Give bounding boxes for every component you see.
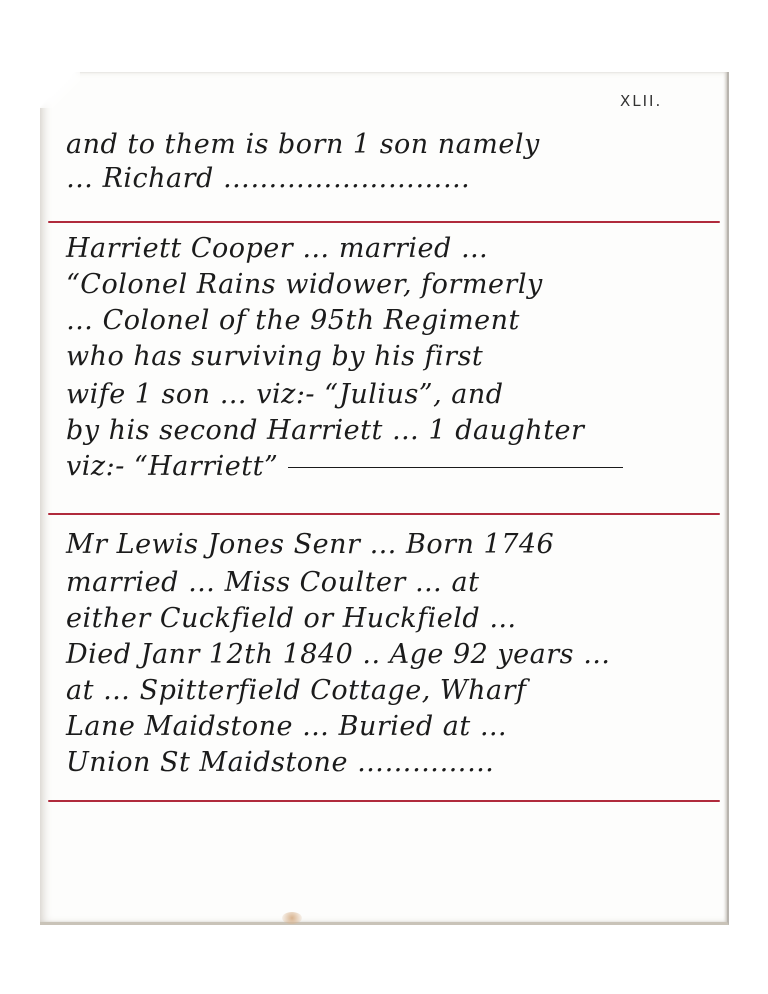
paper-stain (282, 912, 302, 924)
entry-3-line-6: Lane Maidstone … Buried at … (66, 710, 726, 744)
entry-2-line-2: “Colonel Rains widower, formerly (66, 268, 726, 302)
entry-2-line-7: viz:- “Harriett” (66, 451, 278, 482)
red-rule-divider (48, 221, 720, 223)
entry-2-line-4: who has surviving by his first (66, 340, 726, 374)
ledger-page (40, 72, 729, 925)
entry-2-line-3: … Colonel of the 95th Regiment (66, 304, 726, 338)
entry-2-line-7-wrap: viz:- “Harriett” (66, 450, 726, 484)
red-rule-divider (48, 513, 720, 515)
red-rule-divider (48, 800, 720, 802)
entry-3-line-1: Mr Lewis Jones Senr … Born 1746 (66, 528, 726, 562)
entry-3-line-2: married … Miss Coulter … at (66, 566, 726, 600)
folio-number: XLII. (620, 92, 662, 110)
entry-3-line-3: either Cuckfield or Huckfield … (66, 602, 726, 636)
entry-3-line-5: at … Spitterfield Cottage, Wharf (66, 674, 726, 708)
entry-1-line-1: and to them is born 1 son namely (66, 128, 726, 162)
entry-2-line-1: Harriett Cooper … married … (66, 232, 726, 266)
entry-3-line-4: Died Janr 12th 1840 .. Age 92 years … (66, 638, 726, 672)
entry-1-line-2: … Richard ……………………… (66, 162, 726, 196)
entry-3-line-7: Union St Maidstone …………… (66, 746, 726, 780)
entry-2-line-6: by his second Harriett … 1 daughter (66, 414, 726, 448)
entry-2-line-5: wife 1 son … viz:- “Julius”, and (66, 378, 726, 412)
closing-underline (288, 467, 623, 468)
